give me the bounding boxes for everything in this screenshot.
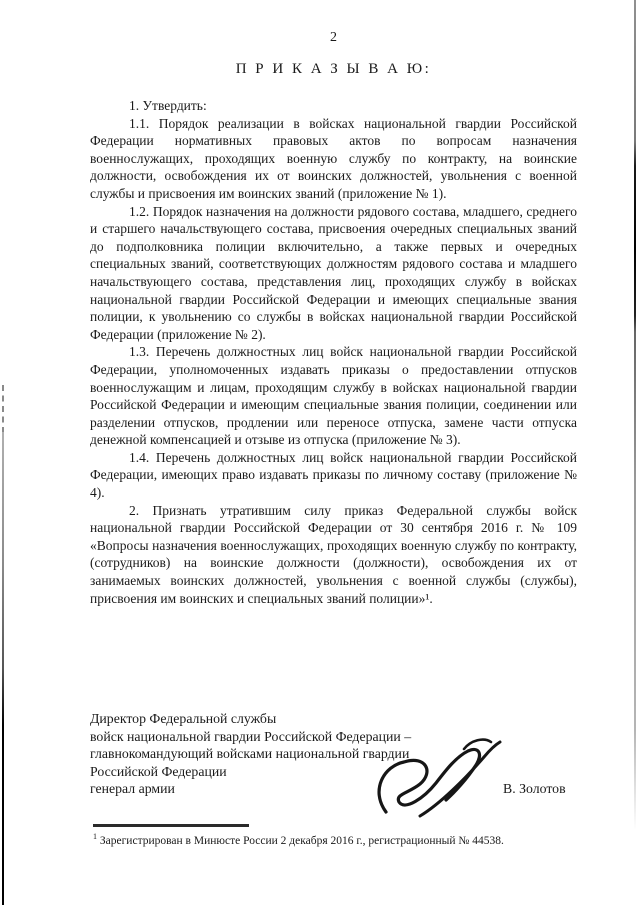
paragraph-1-1: 1.1. Порядок реализации в войсках национ… <box>90 115 577 203</box>
scan-artifact-right-edge <box>634 0 636 830</box>
handwritten-signature-icon <box>374 736 504 820</box>
order-heading: П Р И К А З Ы В А Ю: <box>90 61 577 78</box>
footnote: 1 Зарегистрирован в Минюсте России 2 дек… <box>93 832 580 847</box>
paragraph-1-3: 1.3. Перечень должностных лиц войск наци… <box>90 343 577 449</box>
page-number: 2 <box>90 30 577 46</box>
paragraph-1-4: 1.4. Перечень должностных лиц войск наци… <box>90 449 577 502</box>
paragraph-2: 2. Признать утратившим силу приказ Федер… <box>90 502 577 608</box>
footnote-separator <box>93 824 249 827</box>
paragraph-1-2: 1.2. Порядок назначения на должности ряд… <box>90 203 577 344</box>
order-body: 1. Утвердить: 1.1. Порядок реализации в … <box>90 97 577 607</box>
footnote-text: Зарегистрирован в Минюсте России 2 декаб… <box>100 835 504 847</box>
scanned-order-page: 2 П Р И К А З Ы В А Ю: 1. Утвердить: 1.1… <box>0 0 640 905</box>
paragraph-approve: 1. Утвердить: <box>90 97 577 115</box>
footnote-marker: 1 <box>93 832 97 841</box>
scan-artifact-left-dashes <box>2 385 4 433</box>
signer-name: В. Золотов <box>503 781 566 797</box>
signature-title-line-1: Директор Федеральной службы <box>90 710 430 728</box>
scan-artifact-left-edge <box>2 432 4 905</box>
